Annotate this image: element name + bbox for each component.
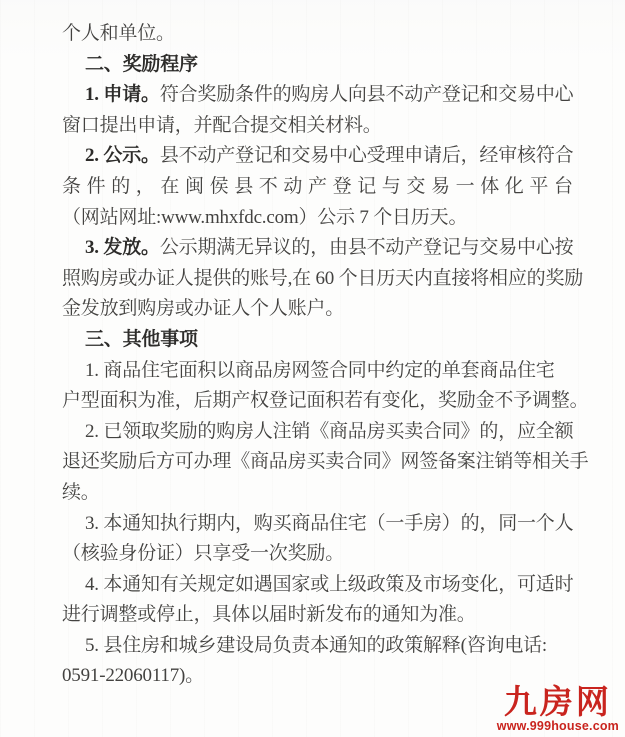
doc-line: 2. 已领取奖励的购房人注销《商品房买卖合同》的，应全额 xyxy=(62,417,567,448)
text-run: 2. 已领取奖励的购房人注销《商品房买卖合同》的，应全额 xyxy=(85,421,573,442)
doc-line: 1. 申请。符合奖励条件的购房人向县不动产登记和交易中心 xyxy=(62,80,567,111)
doc-line: 退还奖励后方可办理《商品房买卖合同》网签备案注销等相关手 xyxy=(62,447,567,478)
text-run: 退还奖励后方可办理《商品房买卖合同》网签备案注销等相关手 xyxy=(62,451,588,472)
bold-run: 二、奖励程序 xyxy=(85,54,198,75)
doc-line: 照购房或办证人提供的账号,在 60 个日历天内直接将相应的奖励 xyxy=(62,264,567,295)
doc-line: 进行调整或停止，具体以届时新发布的通知为准。 xyxy=(62,600,567,631)
bold-run: 2. 公示。 xyxy=(85,145,160,166)
doc-line: 5. 县住房和城乡建设局负责本通知的政策解释(咨询电话: xyxy=(62,631,567,662)
doc-line: 0591-22060117)。 xyxy=(62,661,567,692)
doc-line: 3. 本通知执行期内，购买商品住宅（一手房）的，同一个人 xyxy=(62,509,567,540)
text-run: 个人和单位。 xyxy=(62,23,175,44)
text-run: 4. 本通知有关规定如遇国家或上级政策及市场变化，可适时 xyxy=(85,574,573,595)
text-run: 公示期满无异议的，由县不动产登记与交易中心按 xyxy=(160,237,574,258)
section-heading: 三、其他事项 xyxy=(62,325,567,356)
scanned-document-page: { "page": { "background": "#fdfdfc", "te… xyxy=(0,0,625,737)
text-run: 0591-22060117)。 xyxy=(62,665,204,686)
doc-line: 续。 xyxy=(62,478,567,509)
doc-line: 个人和单位。 xyxy=(62,19,567,50)
doc-line: （核验身份证）只享受一次奖励。 xyxy=(62,539,567,570)
text-run: （网站网址:www.mhxfdc.com）公示 7 个日历天。 xyxy=(62,207,467,228)
text-run: 金发放到购房或办证人个人账户。 xyxy=(62,298,344,319)
text-run: 符合奖励条件的购房人向县不动产登记和交易中心 xyxy=(160,84,574,105)
doc-line: 条件的，在闽侯县不动产登记与交易一体化平台 xyxy=(62,172,567,203)
watermark-url: www.999house.com xyxy=(497,719,619,733)
document-body-text: 个人和单位。二、奖励程序1. 申请。符合奖励条件的购房人向县不动产登记和交易中心… xyxy=(62,19,567,692)
doc-line: 3. 发放。公示期满无异议的，由县不动产登记与交易中心按 xyxy=(62,233,567,264)
text-run: 条件的，在闽侯县不动产登记与交易一体化平台 xyxy=(62,176,579,197)
text-run: 3. 本通知执行期内，购买商品住宅（一手房）的，同一个人 xyxy=(85,513,573,534)
bold-run: 3. 发放。 xyxy=(85,237,160,258)
doc-line: 窗口提出申请，并配合提交相关材料。 xyxy=(62,111,567,142)
doc-line: 2. 公示。县不动产登记和交易中心受理申请后，经审核符合 xyxy=(62,141,567,172)
text-run: （核验身份证）只享受一次奖励。 xyxy=(62,543,344,564)
text-run: 照购房或办证人提供的账号,在 60 个日历天内直接将相应的奖励 xyxy=(62,268,583,289)
text-run: 窗口提出申请，并配合提交相关材料。 xyxy=(62,115,382,136)
section-heading: 二、奖励程序 xyxy=(62,50,567,81)
doc-line: （网站网址:www.mhxfdc.com）公示 7 个日历天。 xyxy=(62,203,567,234)
text-run: 进行调整或停止，具体以届时新发布的通知为准。 xyxy=(62,604,476,625)
bold-run: 三、其他事项 xyxy=(85,329,198,350)
text-run: 1. 商品住宅面积以商品房网签合同中约定的单套商品住宅 xyxy=(85,360,555,381)
watermark: 九房网 www.999house.com xyxy=(497,685,619,733)
doc-line: 1. 商品住宅面积以商品房网签合同中约定的单套商品住宅 xyxy=(62,356,567,387)
text-run: 5. 县住房和城乡建设局负责本通知的政策解释(咨询电话: xyxy=(85,635,547,656)
text-run: 续。 xyxy=(62,482,100,503)
doc-line: 4. 本通知有关规定如遇国家或上级政策及市场变化，可适时 xyxy=(62,570,567,601)
bold-run: 1. 申请。 xyxy=(85,84,160,105)
watermark-logo: 九房网 xyxy=(497,685,619,718)
text-run: 户型面积为准，后期产权登记面积若有变化，奖励金不予调整。 xyxy=(62,390,588,411)
text-run: 县不动产登记和交易中心受理申请后，经审核符合 xyxy=(160,145,574,166)
doc-line: 户型面积为准，后期产权登记面积若有变化，奖励金不予调整。 xyxy=(62,386,567,417)
doc-line: 金发放到购房或办证人个人账户。 xyxy=(62,294,567,325)
